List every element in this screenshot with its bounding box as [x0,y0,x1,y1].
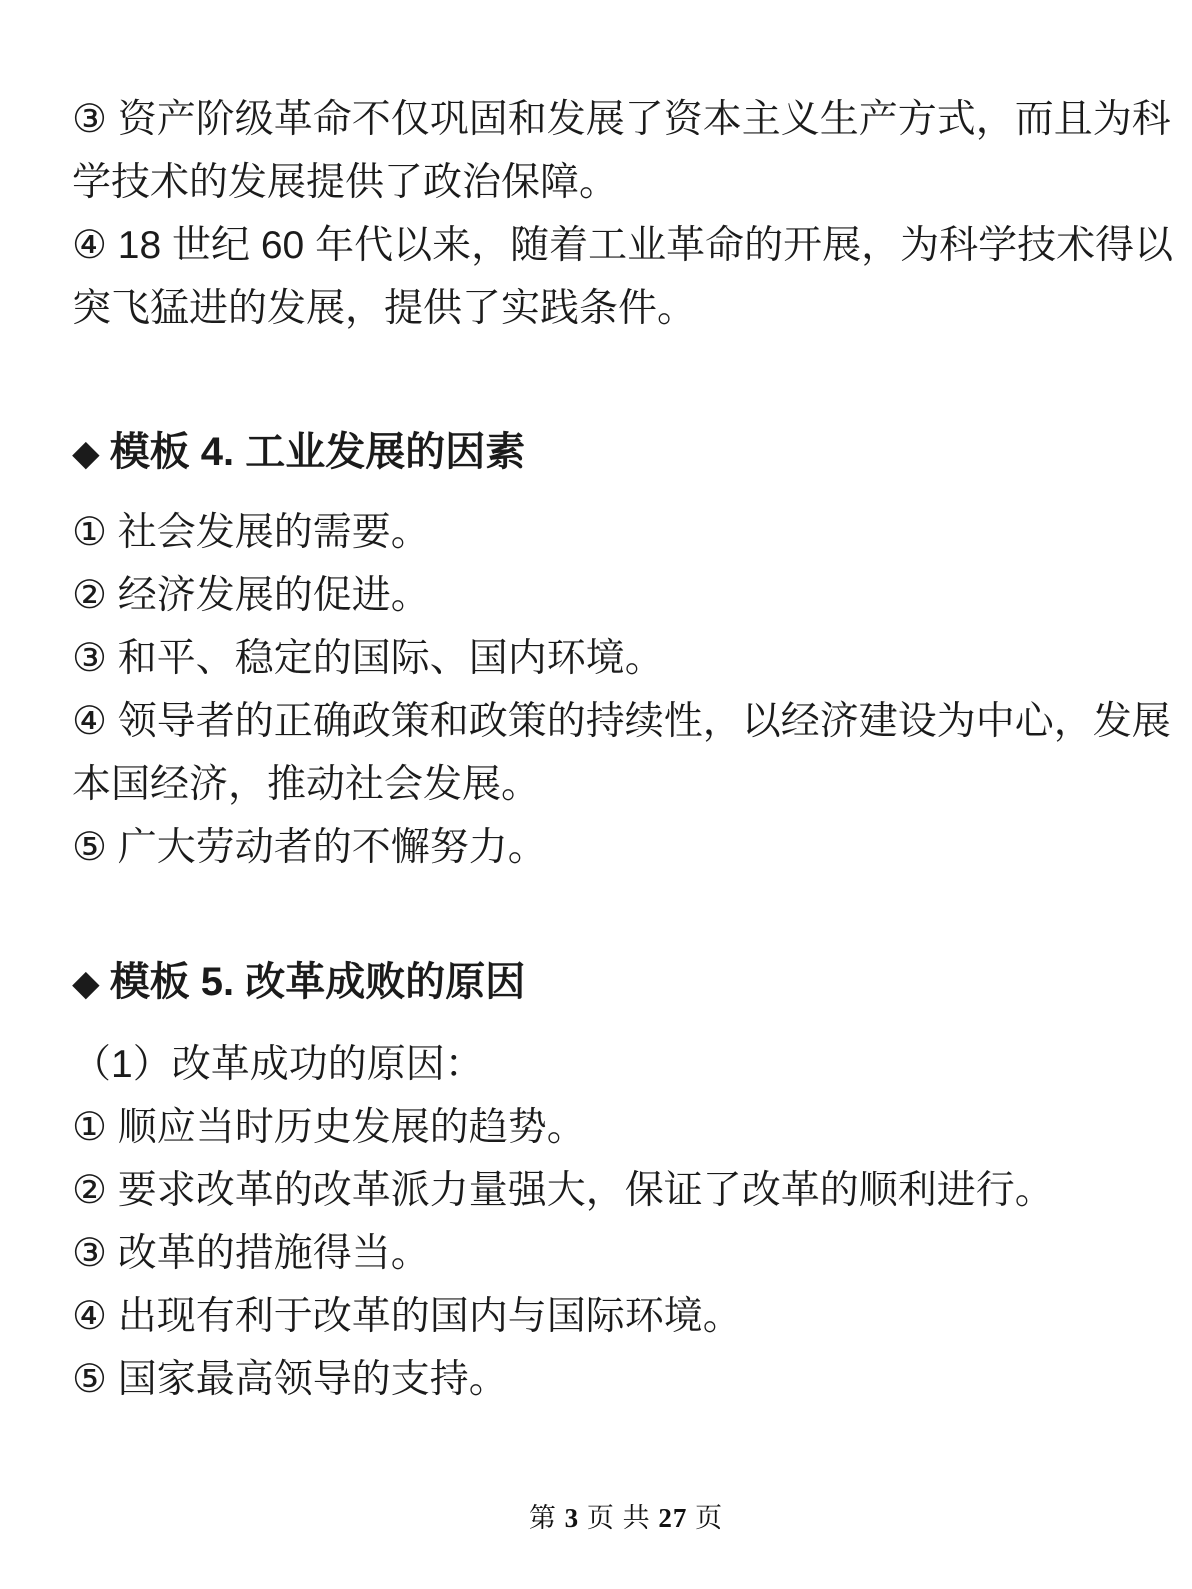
paragraph-4-line-1: ④ 18 世纪 60 年代以来，随着工业革命的开展，为科学技术得以 [72,214,1156,277]
list-item-4-line-2: 本国经济，推动社会发展。 [72,753,1156,816]
diamond-bullet-icon: ◆ [72,432,100,473]
list-item-5: ⑤ 国家最高领导的支持。 [72,1348,1156,1411]
document-page: ③ 资产阶级革命不仅巩固和发展了资本主义生产方式，而且为科 学技术的发展提供了政… [0,0,1192,1589]
footer-current-page: 3 [565,1503,580,1533]
diamond-bullet-icon: ◆ [72,962,100,1003]
list-item-4-line-1: ④ 领导者的正确政策和政策的持续性，以经济建设为中心，发展 [72,690,1156,753]
footer-word-ye: 页 [695,1503,723,1533]
footer-word-ye: 页 [587,1503,615,1533]
sub-heading-reform-success: （1）改革成功的原因： [72,1033,1156,1096]
list-item-3: ③ 改革的措施得当。 [72,1222,1156,1285]
paragraph-3-line-2: 学技术的发展提供了政治保障。 [72,151,1156,214]
list-item-4: ④ 出现有利于改革的国内与国际环境。 [72,1285,1156,1348]
section-heading-template-4: ◆模板 4. 工业发展的因素 [72,421,1156,484]
paragraph-3-line-1: ③ 资产阶级革命不仅巩固和发展了资本主义生产方式，而且为科 [72,88,1156,151]
paragraph-4-line-2: 突飞猛进的发展，提供了实践条件。 [72,277,1156,340]
list-item-5: ⑤ 广大劳动者的不懈努力。 [72,816,1156,879]
page-footer: 第 3 页 共 27 页 [30,1503,1192,1533]
footer-total-pages: 27 [658,1503,687,1533]
list-item-2: ② 要求改革的改革派力量强大，保证了改革的顺利进行。 [72,1159,1156,1222]
footer-word-gong: 共 [623,1503,651,1533]
footer-word-di: 第 [529,1503,557,1533]
page-content: ③ 资产阶级革命不仅巩固和发展了资本主义生产方式，而且为科 学技术的发展提供了政… [0,0,1192,1411]
list-item-1: ① 顺应当时历史发展的趋势。 [72,1096,1156,1159]
list-item-2: ② 经济发展的促进。 [72,564,1156,627]
list-item-3: ③ 和平、稳定的国际、国内环境。 [72,627,1156,690]
section-heading-text: 模板 4. 工业发展的因素 [110,430,526,474]
list-item-1: ① 社会发展的需要。 [72,501,1156,564]
section-heading-text: 模板 5. 改革成败的原因 [110,960,526,1004]
section-heading-template-5: ◆模板 5. 改革成败的原因 [72,951,1156,1014]
